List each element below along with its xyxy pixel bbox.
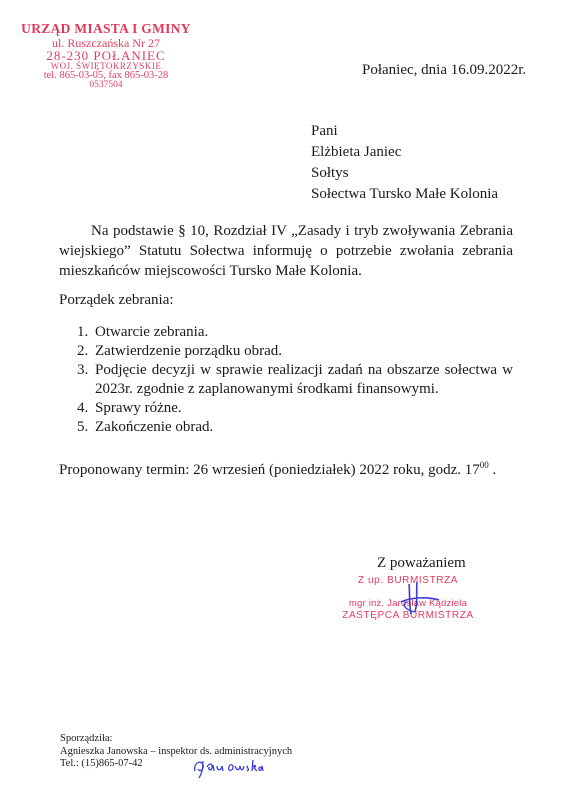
agenda-item-number: 4.	[77, 399, 88, 418]
agenda-item: 1. Otwarcie zebrania.	[77, 323, 513, 342]
agenda-item-text: Zatwierdzenie porządku obrad.	[95, 343, 282, 359]
addressee-block: Pani Elżbieta Janiec Sołtys Sołectwa Tur…	[311, 121, 498, 205]
agenda-item-number: 3.	[77, 361, 88, 380]
agenda-item: 3. Podjęcie decyzji w sprawie realizacji…	[77, 361, 513, 399]
addressee-line: Pani	[311, 121, 498, 142]
agenda-item-text: Sprawy różne.	[95, 400, 182, 416]
agenda-item-number: 5.	[77, 418, 88, 437]
handwritten-signature-icon	[395, 580, 455, 620]
agenda-item-number: 2.	[77, 342, 88, 361]
agenda-item: 5. Zakończenie obrad.	[77, 418, 513, 437]
addressee-line: Sołectwa Tursko Małe Kolonia	[311, 184, 498, 205]
author-label: Sporządziła:	[60, 733, 292, 746]
agenda-list: 1. Otwarcie zebrania. 2. Zatwierdzenie p…	[77, 323, 513, 437]
stamp-street: ul. Ruszczańska Nr 27	[18, 37, 194, 49]
addressee-line: Sołtys	[311, 163, 498, 184]
agenda-item-text: Otwarcie zebrania.	[95, 324, 208, 340]
agenda-item-text: Podjęcie decyzji w sprawie realizacji za…	[95, 362, 513, 397]
agenda-item: 2. Zatwierdzenie porządku obrad.	[77, 342, 513, 361]
intro-paragraph: Na podstawie § 10, Rozdział IV „Zasady i…	[59, 221, 513, 281]
author-signature-icon	[191, 755, 266, 779]
closing-salutation: Z poważaniem	[377, 555, 466, 572]
agenda-item: 4. Sprawy różne.	[77, 399, 513, 418]
proposed-date-end: .	[489, 462, 497, 478]
stamp-id: 0537504	[18, 81, 194, 91]
agenda-item-text: Zakończenie obrad.	[95, 419, 213, 435]
place-date: Połaniec, dnia 16.09.2022r.	[362, 62, 526, 79]
stamp-title: URZĄD MIASTA I GMINY	[18, 22, 194, 36]
agenda-item-number: 1.	[77, 323, 88, 342]
agenda-label: Porządek zebrania:	[59, 292, 174, 309]
proposed-time-minutes: 00	[480, 460, 489, 470]
office-stamp: URZĄD MIASTA I GMINY ul. Ruszczańska Nr …	[18, 22, 194, 91]
stamp-city: 28-230 POŁANIEC	[18, 49, 194, 62]
proposed-date-text: Proponowany termin: 26 wrzesień (poniedz…	[59, 462, 480, 478]
proposed-date: Proponowany termin: 26 wrzesień (poniedz…	[59, 460, 496, 479]
addressee-line: Elżbieta Janiec	[311, 142, 498, 163]
